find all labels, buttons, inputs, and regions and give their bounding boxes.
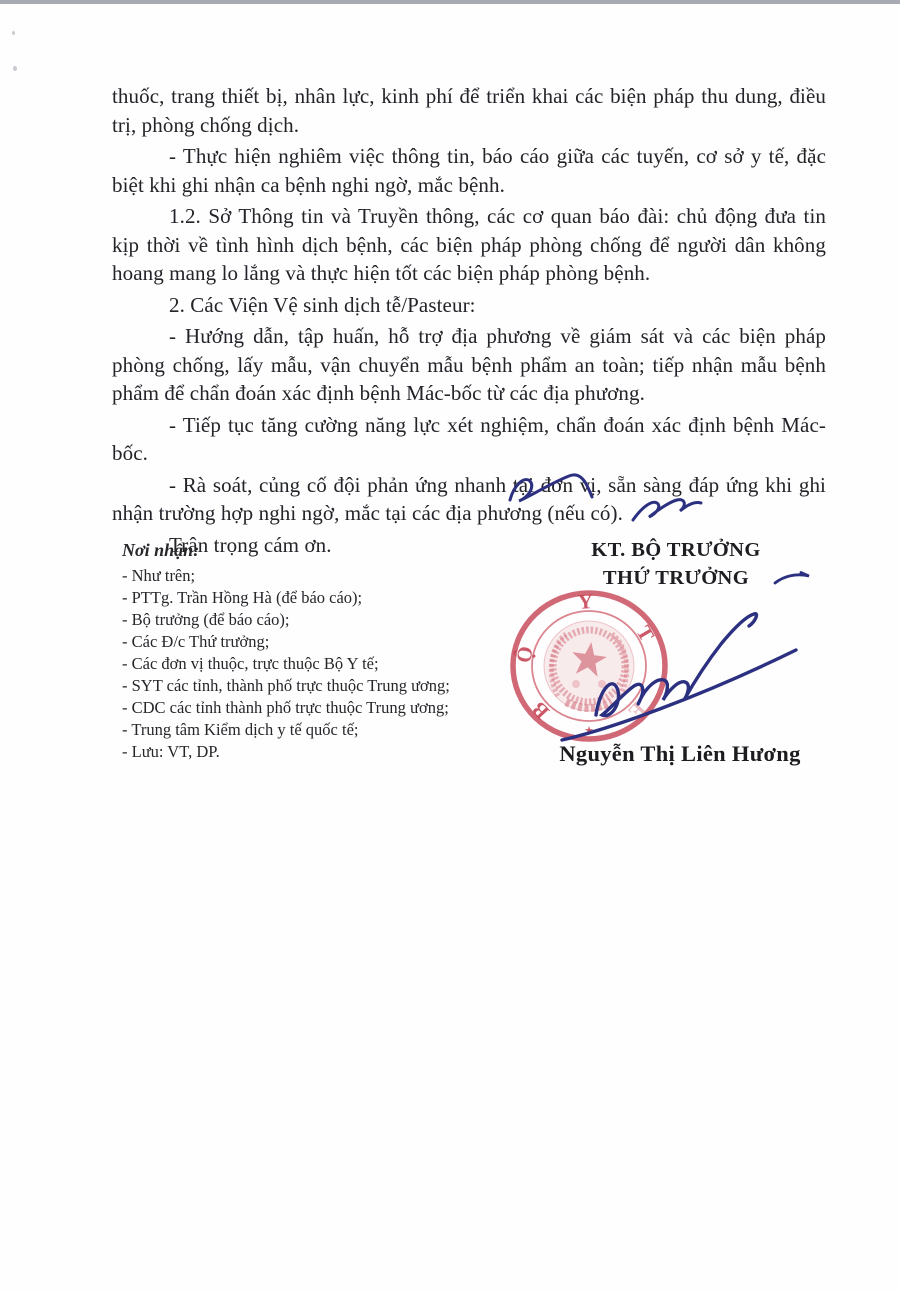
signature-ink <box>548 592 806 748</box>
scan-speck <box>13 66 17 71</box>
seal-letter: Ộ <box>511 644 537 664</box>
initials-signature-icon <box>505 470 745 532</box>
pen-tick-mark-icon <box>772 570 814 588</box>
recipient-item: - Trung tâm Kiểm dịch y tế quốc tế; <box>122 719 522 741</box>
scan-speck <box>12 31 15 35</box>
recipient-item: - PTTg. Trần Hồng Hà (để báo cáo); <box>122 587 522 609</box>
recipient-item: - CDC các tỉnh thành phố trực thuộc Trun… <box>122 697 522 719</box>
paragraph: - Thực hiện nghiêm việc thông tin, báo c… <box>112 142 826 199</box>
paragraph: 2. Các Viện Vệ sinh dịch tễ/Pasteur: <box>112 291 826 320</box>
recipients-label: Nơi nhận: <box>122 540 522 561</box>
scan-edge-strip <box>0 0 900 4</box>
recipient-item: - Lưu: VT, DP. <box>122 741 522 763</box>
document-page: thuốc, trang thiết bị, nhân lực, kinh ph… <box>0 0 900 1292</box>
authority-line: KT. BỘ TRƯỞNG <box>515 537 837 565</box>
paragraph: - Tiếp tục tăng cường năng lực xét nghiệ… <box>112 411 826 468</box>
recipient-item: - Các đơn vị thuộc, trực thuộc Bộ Y tế; <box>122 653 522 675</box>
paragraph: 1.2. Sở Thông tin và Truyền thông, các c… <box>112 202 826 288</box>
recipient-item: - Như trên; <box>122 565 522 587</box>
paragraph: thuốc, trang thiết bị, nhân lực, kinh ph… <box>112 82 826 139</box>
recipient-item: - Bộ trưởng (để báo cáo); <box>122 609 522 631</box>
recipient-item: - Các Đ/c Thứ trưởng; <box>122 631 522 653</box>
recipients-block: Nơi nhận: - Như trên; - PTTg. Trần Hồng … <box>122 540 522 763</box>
recipient-item: - SYT các tỉnh, thành phố trực thuộc Tru… <box>122 675 522 697</box>
paragraph: - Hướng dẫn, tập huấn, hỗ trợ địa phương… <box>112 322 826 408</box>
